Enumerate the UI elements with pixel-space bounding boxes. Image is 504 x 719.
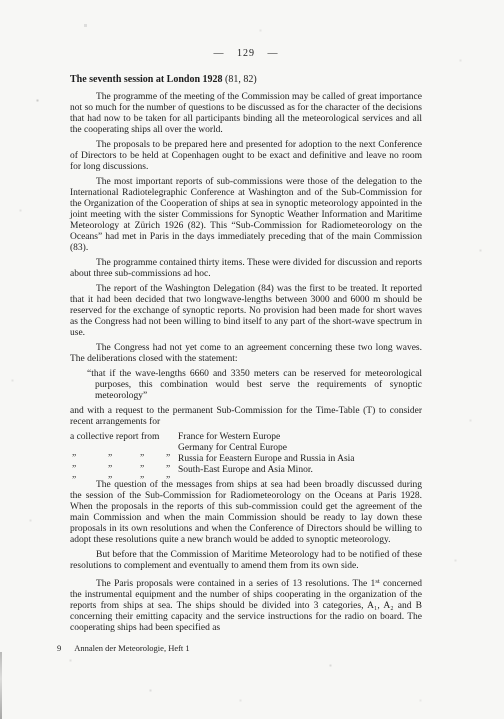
report-list-row: „ „ „ „ Germany for Central Europe <box>70 443 422 454</box>
report-list-row: „ „ „ „ Russia for Eeastern Europe and R… <box>70 454 422 465</box>
paragraph-2: The proposals to be prepared here and pr… <box>70 140 422 173</box>
block-quote: “that if the wave-lengths 6660 and 3350 … <box>70 369 422 402</box>
scanned-document-page: — 129 — The seventh session at London 19… <box>0 0 504 719</box>
paragraph-1: The programme of the meeting of the Comm… <box>70 92 422 136</box>
paragraph-3: The most important reports of sub-commis… <box>70 177 422 254</box>
section-heading-refs: (81, 82) <box>225 74 257 85</box>
paragraph-8: But before that the Commission of Mariti… <box>70 550 422 572</box>
paragraph-7: The question of the messages from ships … <box>70 480 422 546</box>
paragraph-6: The Congress had not yet come to an agre… <box>70 343 422 365</box>
scan-edge-artifact <box>0 652 2 719</box>
ditto-mark: „ <box>140 470 144 481</box>
paragraph-5: The report of the Washington Delegation … <box>70 284 422 339</box>
text-column: — 129 — The seventh session at London 19… <box>70 48 422 638</box>
report-list: a collective report fromFrance for Weste… <box>70 432 422 476</box>
scan-noise <box>0 0 1 1</box>
footer-imprint: Annalen der Meteorologie, Heft 1 <box>74 643 189 653</box>
page-number: — 129 — <box>70 48 422 59</box>
report-list-item: Russia for Eeastern Europe and Russia in… <box>178 454 355 464</box>
paragraph-9-text: The Paris proposals were contained in a … <box>96 579 375 589</box>
paragraph-9: The Paris proposals were contained in a … <box>70 576 422 634</box>
report-list-item: France for Western Europe <box>178 432 280 442</box>
section-heading-title: The seventh session at London 1928 <box>70 74 223 85</box>
section-heading: The seventh session at London 1928 (81, … <box>70 74 422 85</box>
page-footer: 9Annalen der Meteorologie, Heft 1 <box>57 643 190 653</box>
report-list-lead: a collective report from <box>70 432 178 443</box>
ditto-mark: „ <box>166 470 170 481</box>
paragraph-continuation: and with a request to the permanent Sub-… <box>70 406 422 428</box>
report-list-item: South-East Europe and Asia Minor. <box>178 465 313 475</box>
paragraph-4: The programme contained thirty items. Th… <box>70 258 422 280</box>
ditto-mark: „ <box>108 470 112 481</box>
signature-number: 9 <box>57 643 61 653</box>
report-list-item: Germany for Central Europe <box>178 443 287 453</box>
ditto-mark: „ <box>72 470 76 481</box>
report-list-row: „ „ „ „ South-East Europe and Asia Minor… <box>70 465 422 476</box>
report-list-row: a collective report fromFrance for Weste… <box>70 432 422 443</box>
